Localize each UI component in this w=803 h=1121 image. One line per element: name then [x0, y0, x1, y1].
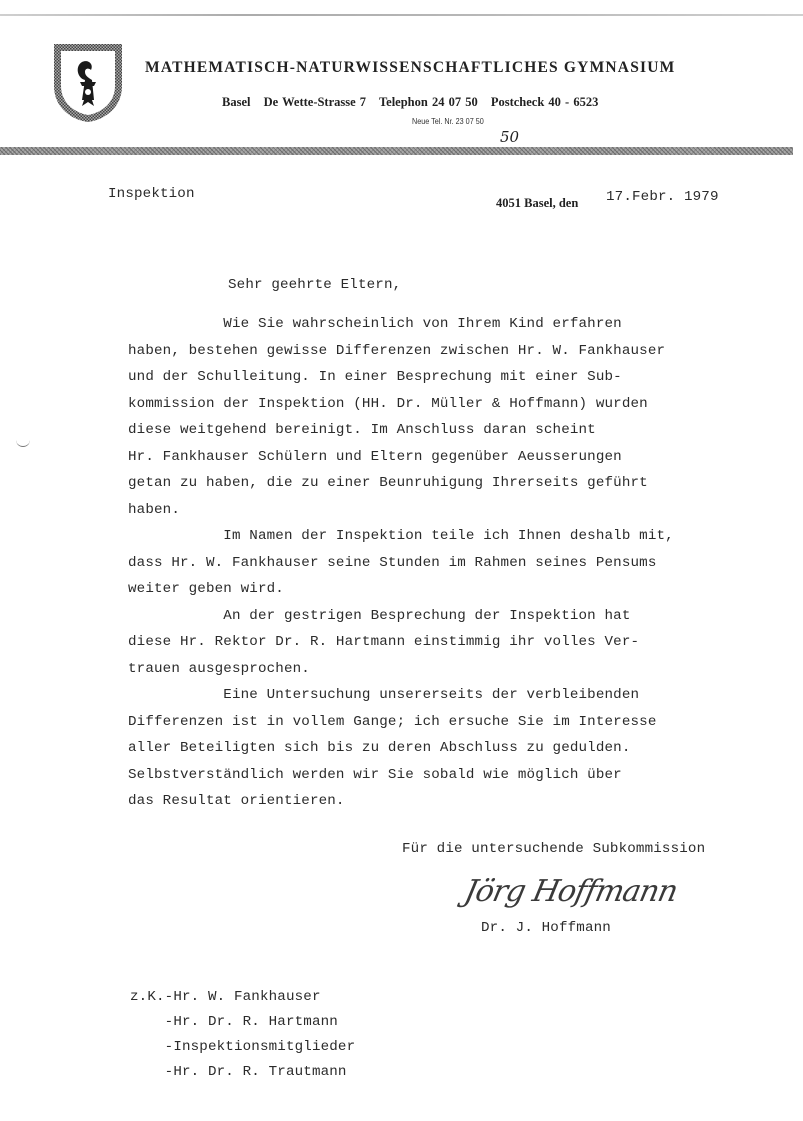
copy-recipient: -Inspektionsmitglieder	[130, 1035, 355, 1060]
body-line: diese weitgehend bereinigt. Im Anschluss…	[128, 417, 674, 444]
body-line: dass Hr. W. Fankhauser seine Stunden im …	[128, 550, 674, 577]
copy-recipient: z.K.-Hr. W. Fankhauser	[130, 985, 355, 1010]
new-phone-number: Neue Tel. Nr. 23 07 50	[412, 116, 484, 126]
body-line: kommission der Inspektion (HH. Dr. Mülle…	[128, 391, 674, 418]
copies-list: z.K.-Hr. W. Fankhauser -Hr. Dr. R. Hartm…	[130, 985, 355, 1085]
copy-recipient: -Hr. Dr. R. Hartmann	[130, 1010, 355, 1035]
letter-date: 17.Febr. 1979	[606, 189, 719, 205]
scan-artifact	[16, 440, 30, 447]
body-line: trauen ausgesprochen.	[128, 656, 674, 683]
handwritten-correction: 50	[500, 128, 519, 146]
closing-line: Für die untersuchende Subkommission	[402, 841, 705, 857]
signer-name: Dr. J. Hoffmann	[481, 920, 611, 936]
salutation: Sehr geehrte Eltern,	[228, 277, 401, 293]
address-postcheck: Postcheck 40 - 6523	[491, 95, 599, 109]
body-line: weiter geben wird.	[128, 576, 674, 603]
body-line: getan zu haben, die zu einer Beunruhigun…	[128, 470, 674, 497]
school-address: Basel De Wette-Strasse 7 Telephon 24 07 …	[222, 95, 607, 110]
body-line: Wie Sie wahrscheinlich von Ihrem Kind er…	[128, 311, 674, 338]
address-city: Basel	[222, 95, 250, 109]
body-line: aller Beteiligten sich bis zu deren Absc…	[128, 735, 674, 762]
school-name: MATHEMATISCH-NATURWISSENSCHAFTLICHES GYM…	[145, 59, 675, 77]
place-label: 4051 Basel, den	[496, 196, 578, 211]
body-line: An der gestrigen Besprechung der Inspekt…	[128, 603, 674, 630]
body-line: diese Hr. Rektor Dr. R. Hartmann einstim…	[128, 629, 674, 656]
letterhead-divider	[0, 147, 793, 155]
body-line: Eine Untersuchung unsererseits der verbl…	[128, 682, 674, 709]
body-line: Differenzen ist in vollem Gange; ich ers…	[128, 709, 674, 736]
body-line: Im Namen der Inspektion teile ich Ihnen …	[128, 523, 674, 550]
body-line: Hr. Fankhauser Schülern und Eltern gegen…	[128, 444, 674, 471]
handwritten-signature: Jörg Hoffmann	[461, 874, 680, 909]
scan-edge-line	[0, 14, 803, 16]
letter-body: Wie Sie wahrscheinlich von Ihrem Kind er…	[128, 311, 674, 815]
copy-recipient: -Hr. Dr. R. Trautmann	[130, 1060, 355, 1085]
body-line: und der Schulleitung. In einer Besprechu…	[128, 364, 674, 391]
department-label: Inspektion	[108, 186, 195, 202]
body-line: haben, bestehen gewisse Differenzen zwis…	[128, 338, 674, 365]
body-line: haben.	[128, 497, 674, 524]
body-line: Selbstverständlich werden wir Sie sobald…	[128, 762, 674, 789]
body-line: das Resultat orientieren.	[128, 788, 674, 815]
basel-crest-icon	[52, 42, 124, 124]
address-street: De Wette-Strasse 7	[264, 95, 366, 109]
address-phone: Telephon 24 07 50	[379, 95, 478, 109]
